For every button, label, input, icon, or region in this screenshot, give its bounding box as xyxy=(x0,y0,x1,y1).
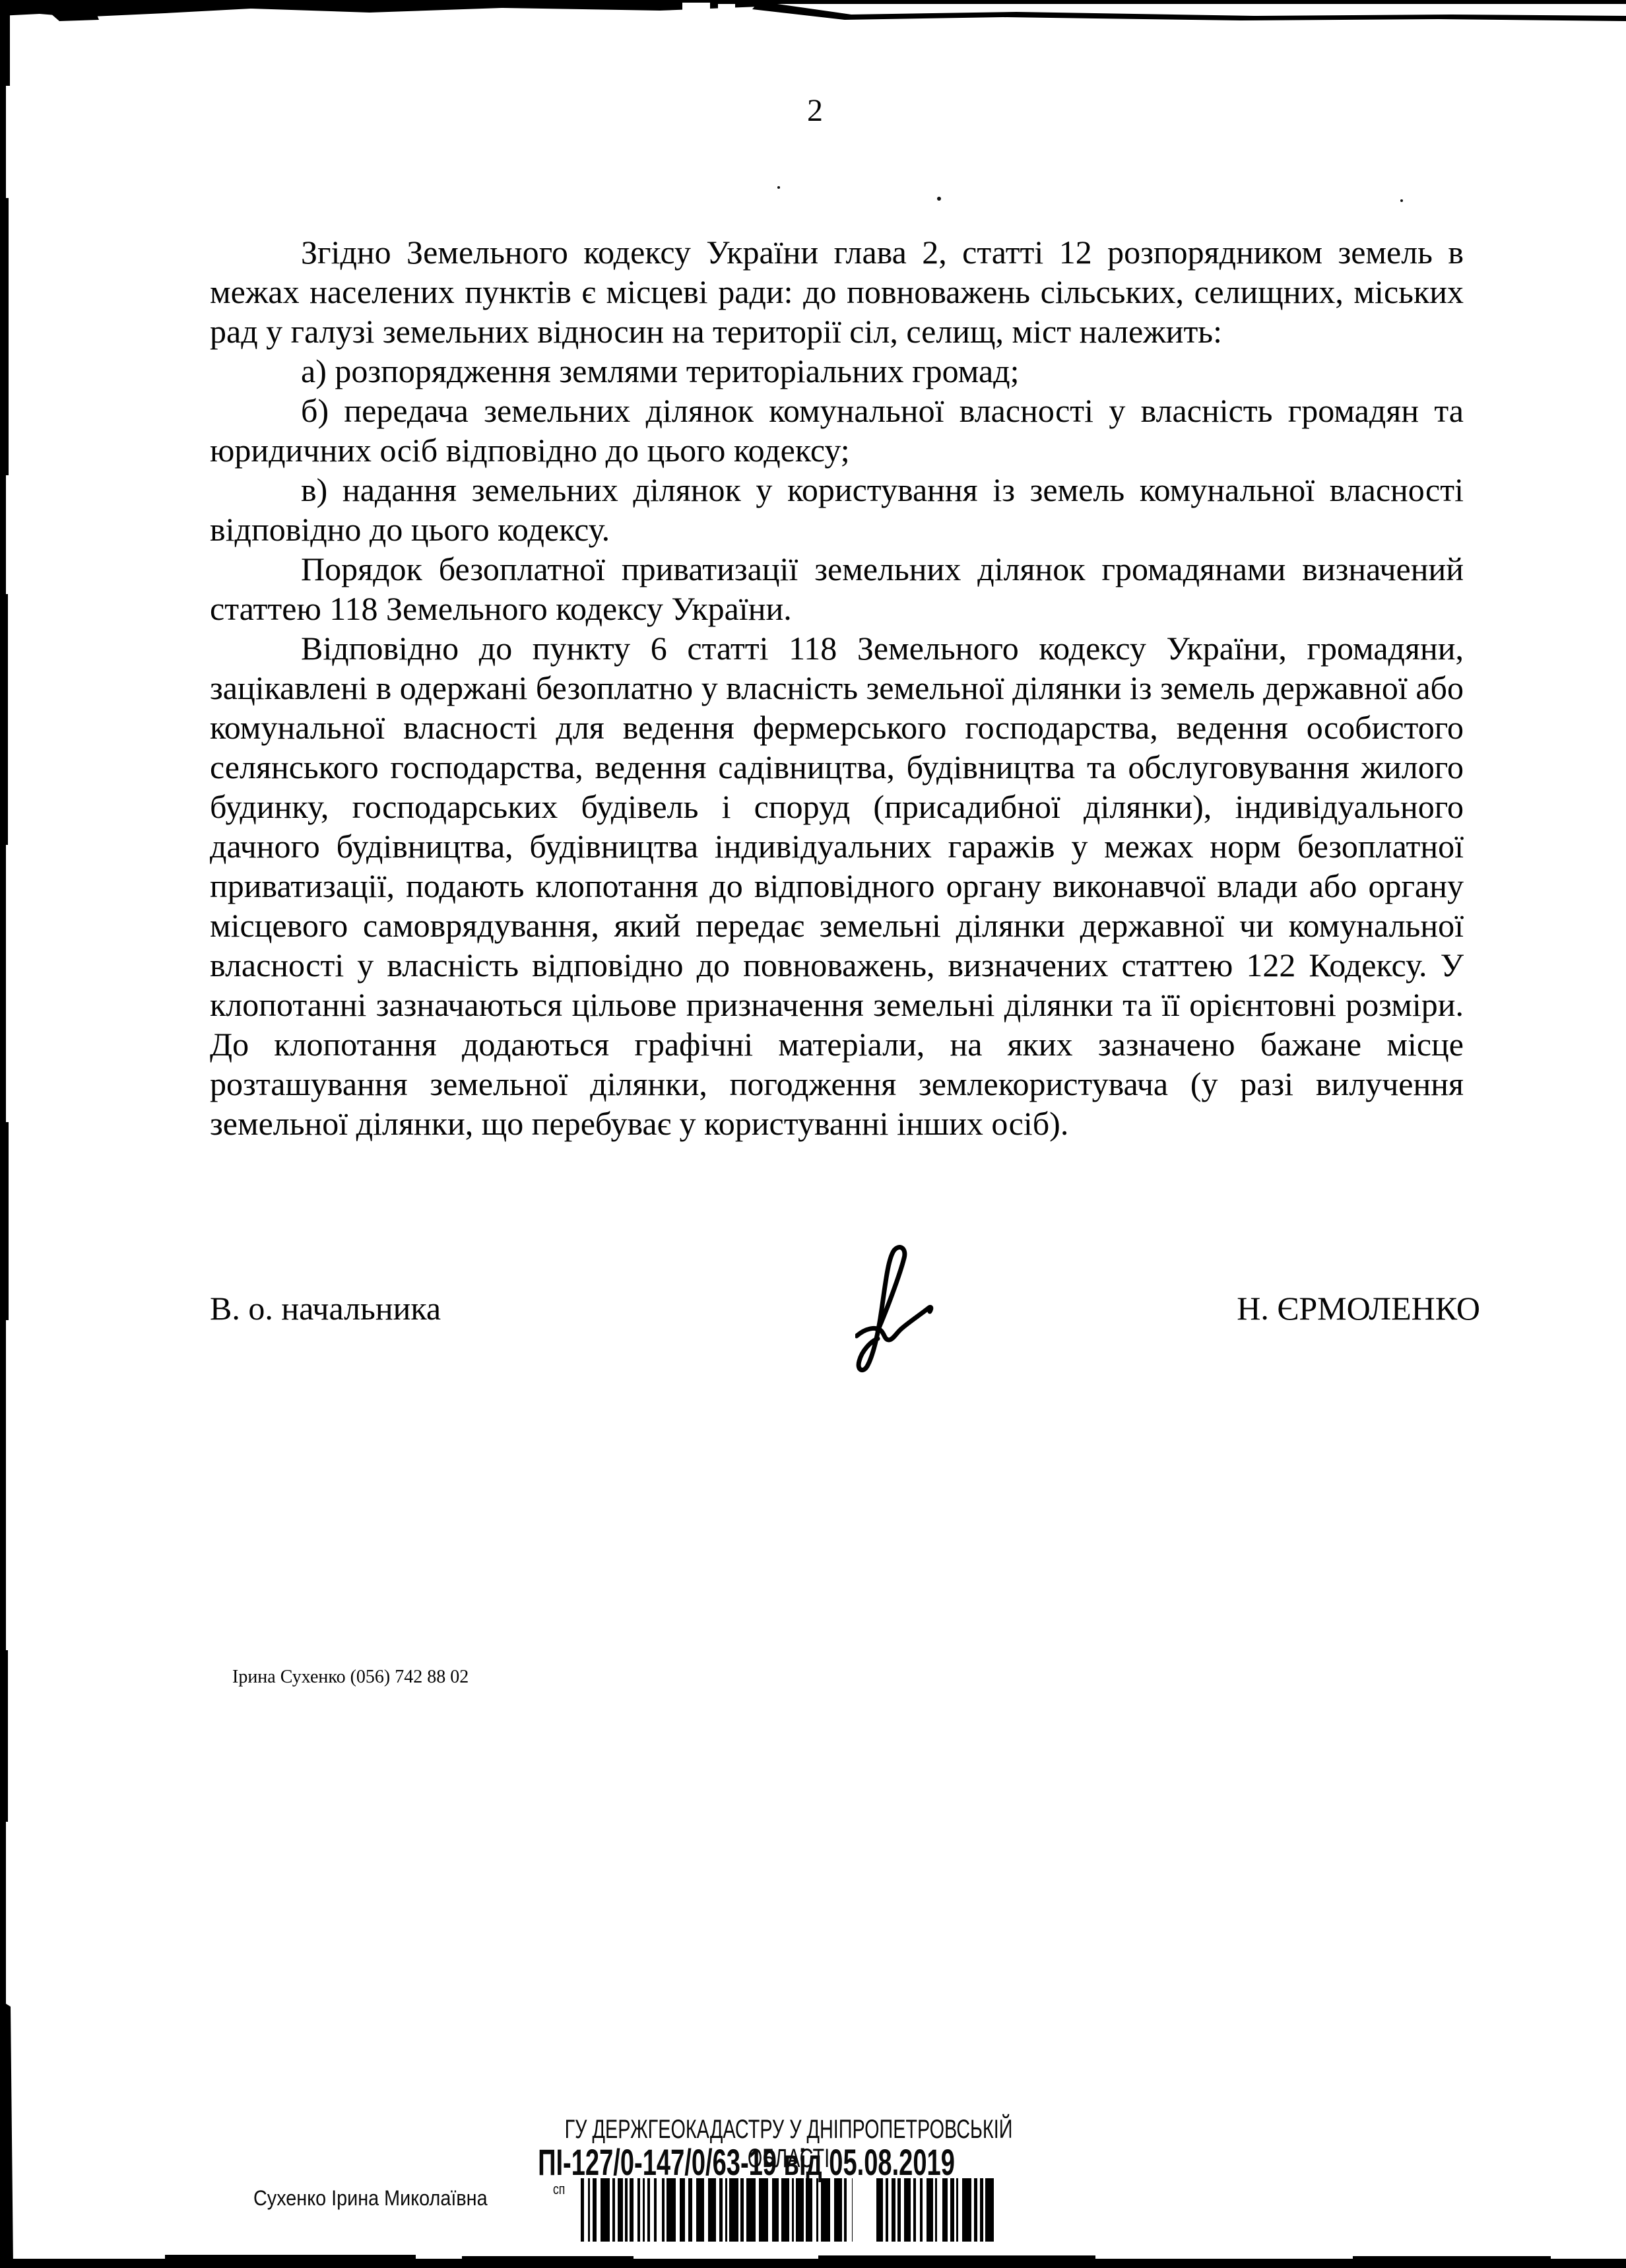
body-list-item-b: б) передача земельних ділянок комунально… xyxy=(210,391,1464,470)
body-list-item-a: а) розпорядження землями територіальних … xyxy=(210,351,1464,391)
scan-speck xyxy=(777,186,780,189)
body-list-item-v: в) надання земельних ділянок у користува… xyxy=(210,470,1464,549)
stamp-executor-name: Сухенко Ірина Миколаївна xyxy=(253,2186,488,2210)
scan-artifact-bottom-edge xyxy=(0,2250,1626,2268)
page-number: 2 xyxy=(211,92,1419,129)
barcode-label: сп xyxy=(553,2181,565,2198)
signature-row: В. о. начальника Н. ЄРМОЛЕНКО xyxy=(210,1288,1480,1328)
scan-speck xyxy=(1400,199,1403,202)
stamp-registration-number: ПІ-127/0-147/0/63-19 від 05.08.2019 xyxy=(520,2143,973,2182)
body-paragraph: Згідно Земельного кодексу України глава … xyxy=(210,232,1464,351)
body-paragraph: Порядок безоплатної приватизації земельн… xyxy=(210,549,1464,628)
signature-icon xyxy=(855,1244,934,1382)
document-body: Згідно Земельного кодексу України глава … xyxy=(210,232,1464,1143)
signer-name: Н. ЄРМОЛЕНКО xyxy=(1237,1288,1480,1328)
scan-speck xyxy=(937,197,941,201)
document-page: 2 Згідно Земельного кодексу України глав… xyxy=(0,0,1626,2268)
barcode xyxy=(581,2178,995,2243)
signer-position-label: В. о. начальника xyxy=(210,1288,441,1328)
scan-artifact-top-edge xyxy=(0,0,1626,32)
scan-artifact-left-edge xyxy=(0,0,22,2268)
body-paragraph: Відповідно до пункту 6 статті 118 Земель… xyxy=(210,628,1464,1143)
executor-contact-line: Ірина Сухенко (056) 742 88 02 xyxy=(232,1666,469,1688)
